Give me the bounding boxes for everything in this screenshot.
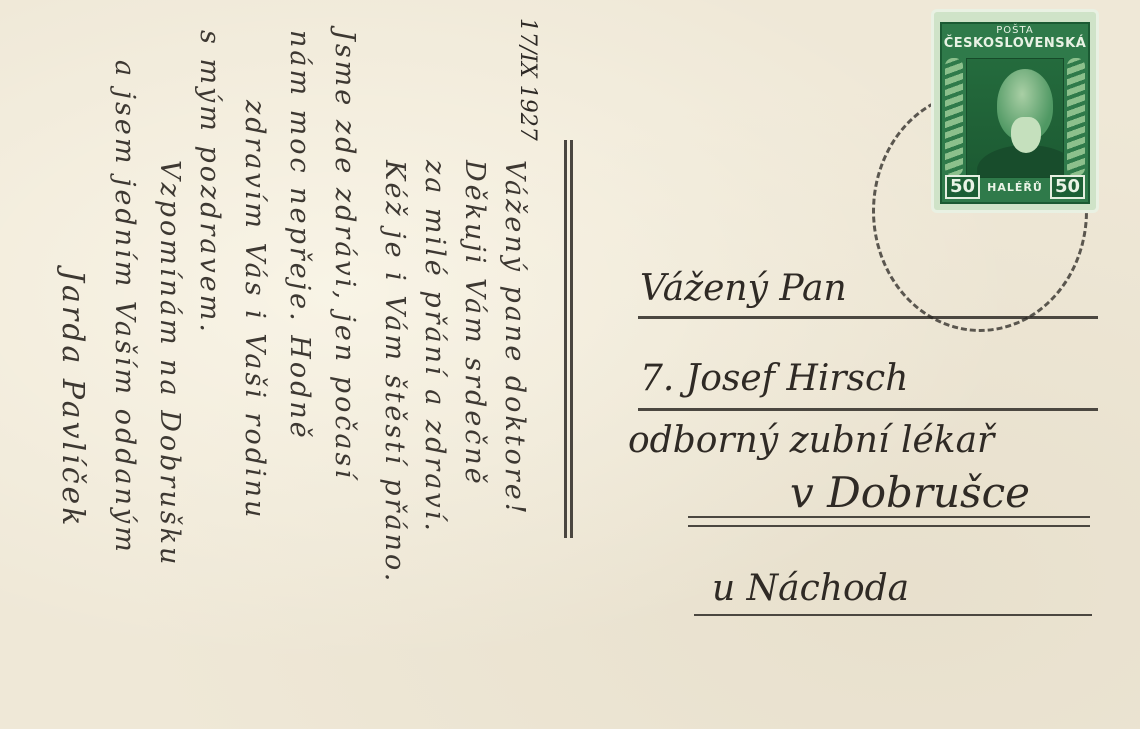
message-line: a jsem jedním Vaším oddaným — [109, 60, 140, 555]
message-line: nám moc nepřeje. Hodně — [284, 30, 315, 441]
address-line-salutation: Vážený Pan — [640, 268, 847, 309]
message-date: 17/IX 1927 — [515, 18, 540, 141]
message-line: Děkuji Vám srdečně — [459, 160, 490, 487]
message-line: za milé přání a zdraví. — [419, 160, 450, 534]
address-rule — [688, 525, 1090, 527]
stamp-value-right: 50 — [1050, 175, 1085, 199]
postcard: Vážený pane doktore! Děkuji Vám srdečně … — [0, 0, 1140, 729]
postage-stamp: POŠTA ČESKOSLOVENSKÁ 50 HALÉŘŮ 50 — [934, 12, 1096, 210]
message-area: Vážený pane doktore! Děkuji Vám srdečně … — [20, 10, 580, 720]
address-line-town: v Dobrušce — [790, 468, 1030, 517]
address-line-profession: odborný zubní lékař — [628, 420, 994, 461]
address-line-name: 7. Josef Hirsch — [640, 358, 908, 399]
message-line: Vzpomínám na Dobrušku — [154, 160, 185, 567]
center-divider — [564, 140, 574, 538]
laurel-leaf-icon — [1067, 58, 1085, 176]
message-line: Jsme zde zdrávi, jen počasí — [329, 30, 360, 481]
laurel-leaf-icon — [945, 58, 963, 176]
address-rule — [688, 516, 1090, 518]
address-line-region: u Náchoda — [712, 568, 909, 609]
address-rule — [694, 614, 1092, 616]
message-line: zdravím Vás i Vaši rodinu — [239, 100, 270, 520]
stamp-unit: HALÉŘŮ — [987, 181, 1043, 194]
stamp-text-posta: POŠTA — [942, 26, 1088, 37]
message-line: s mým pozdravem. — [194, 30, 225, 335]
message-line: Vážený pane doktore! — [499, 160, 530, 517]
signature: Jarda Pavlíček — [55, 270, 90, 528]
message-line: Kéž je i Vám štěstí přáno. — [379, 160, 410, 584]
stamp-value-left: 50 — [945, 175, 980, 199]
portrait-masaryk-icon — [966, 58, 1064, 178]
stamp-text-country: ČESKOSLOVENSKÁ — [942, 37, 1088, 51]
address-rule — [638, 408, 1098, 411]
